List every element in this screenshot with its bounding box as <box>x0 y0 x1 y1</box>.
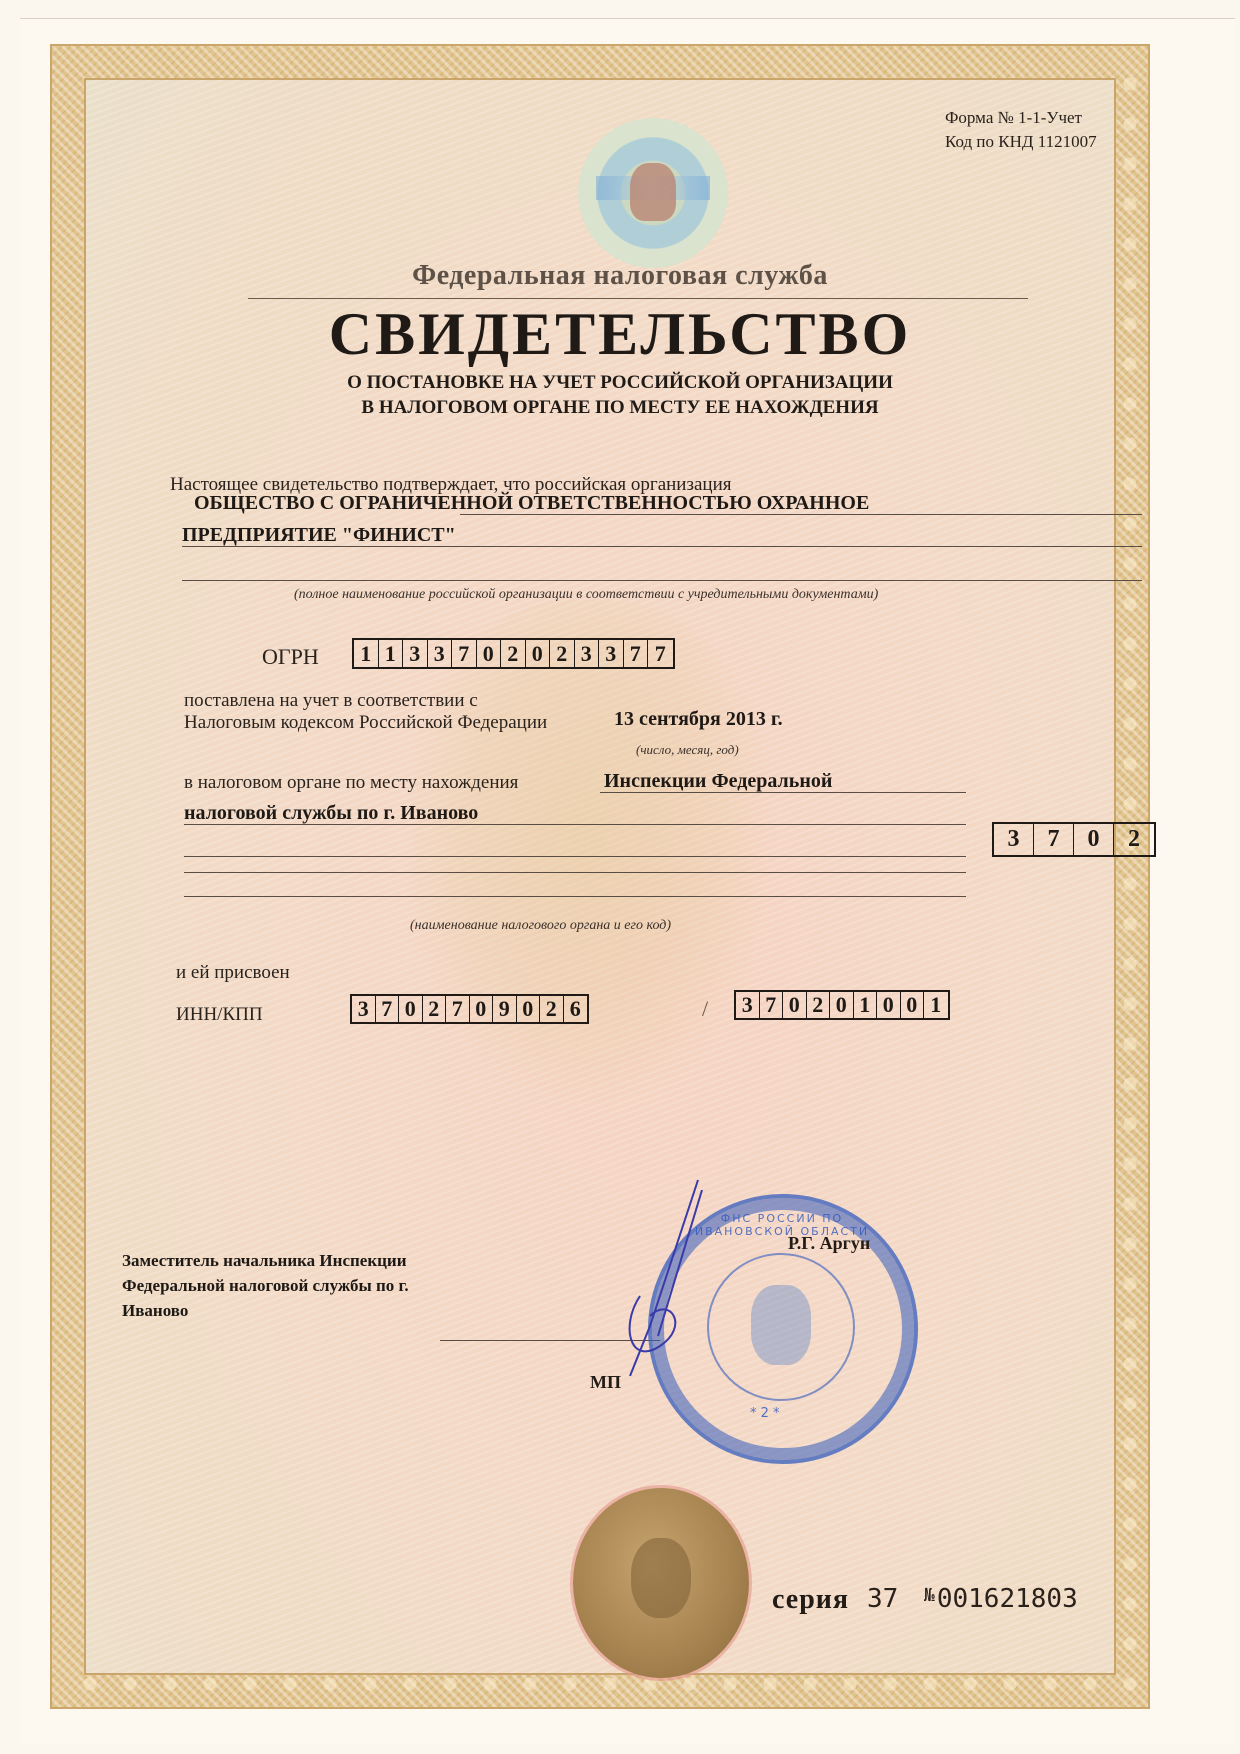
fill-line <box>182 546 1142 547</box>
digit-cell: 7 <box>446 996 470 1022</box>
registration-date: 13 сентября 2013 г. <box>614 708 783 731</box>
digit-cell: 2 <box>540 996 564 1022</box>
digit-cell: 7 <box>648 640 673 667</box>
number-sign: № <box>924 1585 935 1606</box>
fill-line <box>184 872 966 873</box>
digit-cell: 0 <box>877 992 901 1018</box>
digit-cell: 0 <box>517 996 541 1022</box>
signer-position: Заместитель начальника Инспекции Федерал… <box>122 1248 412 1323</box>
digit-cell: 3 <box>575 640 600 667</box>
digit-cell: 7 <box>452 640 477 667</box>
form-number-block: Форма № 1-1-Учет Код по КНД 1121007 <box>945 106 1097 154</box>
handwritten-signature-icon <box>620 1176 740 1376</box>
digit-cell: 2 <box>550 640 575 667</box>
digit-cell: 1 <box>854 992 878 1018</box>
fill-line <box>460 514 1142 515</box>
digit-cell: 2 <box>423 996 447 1022</box>
digit-cell: 6 <box>564 996 588 1022</box>
organization-name-line2: ПРЕДПРИЯТИЕ "ФИНИСТ" <box>182 524 456 547</box>
digit-cell: 7 <box>376 996 400 1022</box>
digit-cell: 1 <box>354 640 379 667</box>
tax-authority-code-boxes: 3702 <box>992 822 1156 857</box>
tax-authority-name-line1: Инспекции Федеральной <box>604 770 832 793</box>
digit-cell: 2 <box>501 640 526 667</box>
assigned-text: и ей присвоен <box>176 962 290 984</box>
ogrn-label: ОГРН <box>262 644 319 670</box>
digit-cell: 0 <box>830 992 854 1018</box>
stamp-place-label: МП <box>590 1372 621 1393</box>
inn-kpp-separator: / <box>702 996 708 1022</box>
fill-line <box>600 792 966 793</box>
knd-code: Код по КНД 1121007 <box>945 130 1097 154</box>
digit-cell: 3 <box>599 640 624 667</box>
digit-cell: 0 <box>901 992 925 1018</box>
fill-line <box>184 896 966 897</box>
document-subtitle-line2: В НАЛОГОВОМ ОРГАНЕ ПО МЕСТУ ЕЕ НАХОЖДЕНИ… <box>0 397 1240 419</box>
seal-eagle-icon <box>631 1538 691 1618</box>
inn-digit-boxes: 3702709026 <box>350 994 589 1024</box>
document-title: СВИДЕТЕЛЬСТВО <box>0 300 1240 369</box>
digit-cell: 1 <box>379 640 404 667</box>
series-value: 37 <box>867 1584 898 1614</box>
gold-seal-icon <box>573 1488 749 1678</box>
certificate-number: №001621803 <box>924 1584 1078 1614</box>
fill-line <box>182 580 1142 581</box>
registration-line2: Налоговым кодексом Российской Федерации <box>184 712 547 734</box>
digit-cell: 3 <box>403 640 428 667</box>
tax-authority-name-line2: налоговой службы по г. Иваново <box>184 802 478 825</box>
digit-cell: 3 <box>428 640 453 667</box>
tax-authority-intro: в налоговом органе по месту нахождения <box>184 772 518 794</box>
digit-cell: 7 <box>1034 824 1074 855</box>
digit-cell: 0 <box>477 640 502 667</box>
eagle-watermark-icon <box>400 600 780 1120</box>
fill-line <box>184 824 966 825</box>
stamp-center-text: * 2 * <box>750 1406 780 1421</box>
digit-cell: 0 <box>526 640 551 667</box>
hologram-emblem-icon <box>578 118 728 268</box>
kpp-digit-boxes: 370201001 <box>734 990 950 1020</box>
divider <box>248 298 1028 299</box>
digit-cell: 0 <box>1074 824 1114 855</box>
organization-name-line1: ОБЩЕСТВО С ОГРАНИЧЕННОЙ ОТВЕТСТВЕННОСТЬЮ… <box>194 492 869 515</box>
digit-cell: 9 <box>493 996 517 1022</box>
digit-cell: 2 <box>1114 824 1154 855</box>
certificate-number-value: 001621803 <box>937 1584 1078 1614</box>
agency-name: Федеральная налоговая служба <box>0 260 1240 292</box>
organization-name-hint: (полное наименование российской организа… <box>294 587 878 603</box>
form-number: Форма № 1-1-Учет <box>945 106 1097 130</box>
ogrn-digit-boxes: 1133702023377 <box>352 638 675 669</box>
registration-line1: поставлена на учет в соответствии с <box>184 690 478 712</box>
date-hint: (число, месяц, год) <box>636 742 739 758</box>
fill-line <box>184 856 966 857</box>
digit-cell: 2 <box>807 992 831 1018</box>
digit-cell: 0 <box>399 996 423 1022</box>
digit-cell: 1 <box>924 992 948 1018</box>
signer-name: Р.Г. Аргун <box>788 1233 870 1254</box>
digit-cell: 3 <box>352 996 376 1022</box>
digit-cell: 0 <box>783 992 807 1018</box>
coat-of-arms-icon <box>630 163 676 221</box>
inn-kpp-label: ИНН/КПП <box>176 1004 263 1026</box>
tax-authority-hint: (наименование налогового органа и его ко… <box>410 918 671 934</box>
digit-cell: 3 <box>736 992 760 1018</box>
series-label: серия <box>772 1584 849 1616</box>
document-subtitle-line1: О ПОСТАНОВКЕ НА УЧЕТ РОССИЙСКОЙ ОРГАНИЗА… <box>0 372 1240 394</box>
digit-cell: 0 <box>470 996 494 1022</box>
stamp-eagle-icon <box>751 1285 811 1365</box>
digit-cell: 7 <box>624 640 649 667</box>
digit-cell: 3 <box>994 824 1034 855</box>
digit-cell: 7 <box>760 992 784 1018</box>
